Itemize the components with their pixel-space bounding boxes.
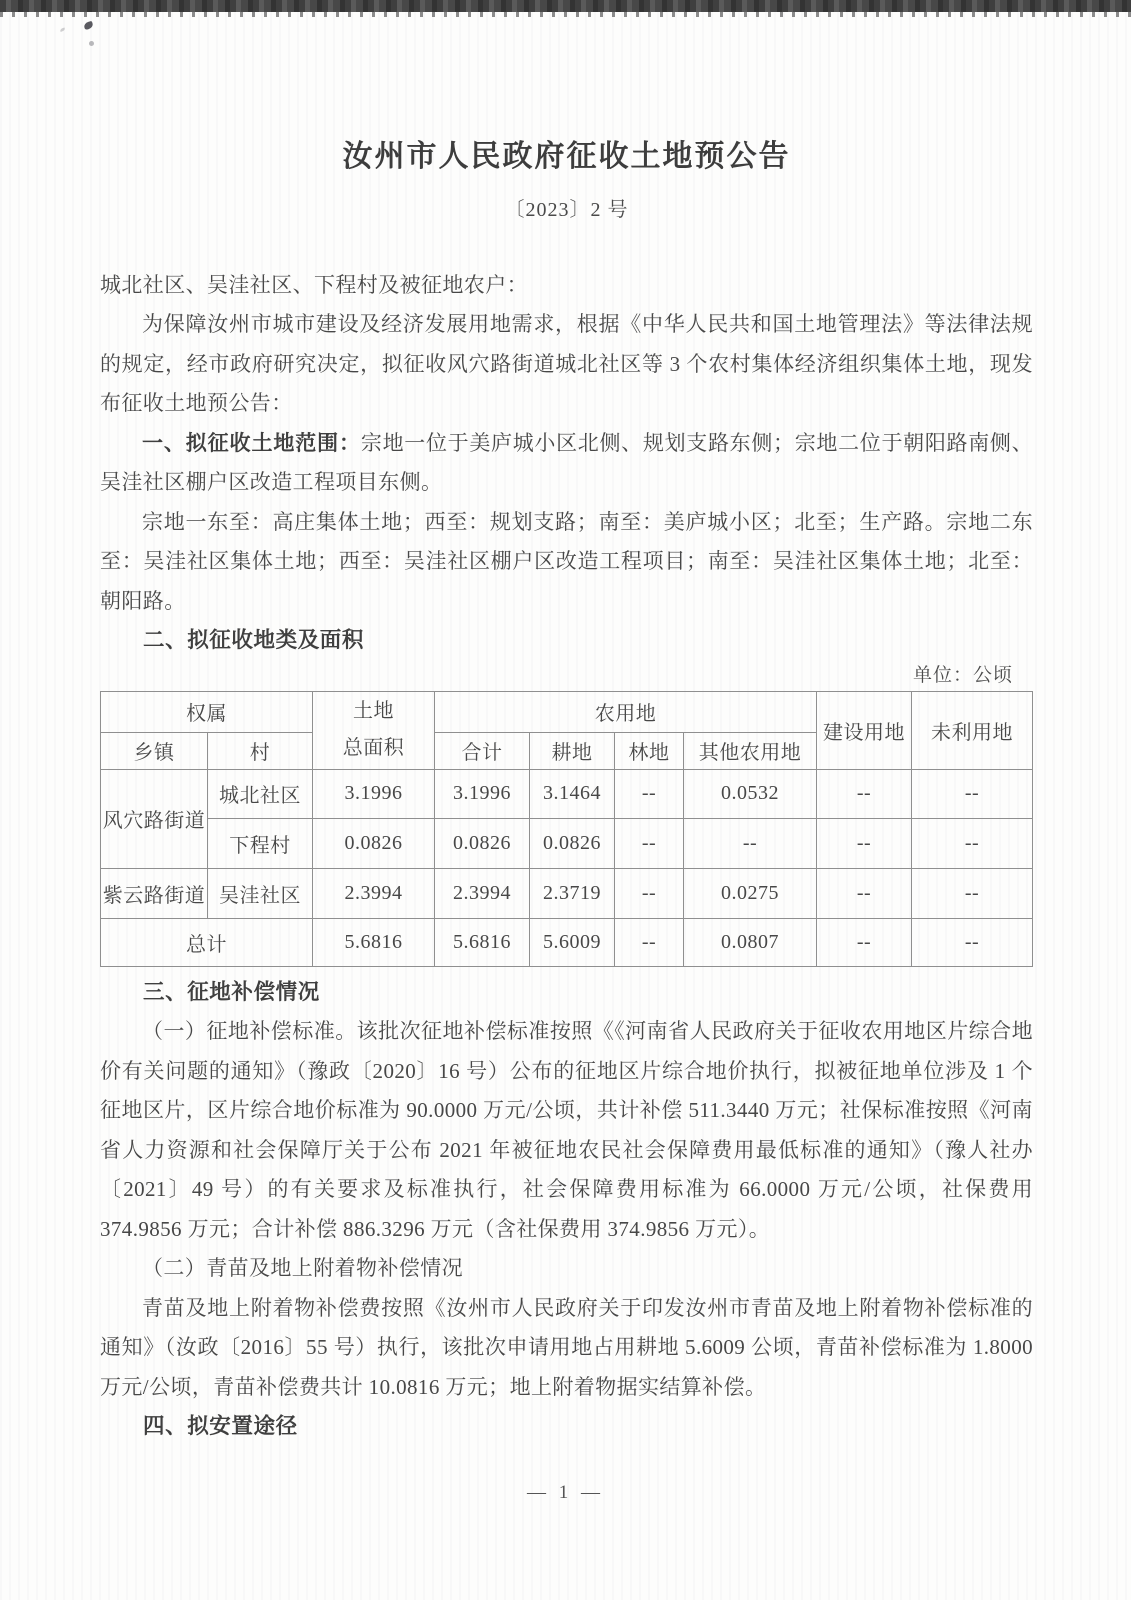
header-village: 村 [208,732,313,769]
section-3-heading: 三、征地补偿情况 [100,973,1033,1013]
cell-cultivated: 5.6009 [530,918,615,966]
cell-forest: -- [615,868,684,918]
header-construction-land: 建设用地 [817,691,912,769]
cell-farm-total: 3.1996 [435,769,530,818]
intro-paragraph: 为保障汝州市城市建设及经济发展用地需求，根据《中华人民共和国土地管理法》等法律法… [100,305,1033,424]
table-row: 风穴路街道 城北社区 3.1996 3.1996 3.1464 -- 0.053… [101,769,1033,818]
section-3-sub2-paragraph: 青苗及地上附着物补偿费按照《汝州市人民政府关于印发汝州市青苗及地上附着物补偿标准… [100,1289,1033,1408]
header-land-line1: 土地 [313,693,434,730]
cell-total: 3.1996 [313,769,435,818]
section-3-sub2-heading: （二）青苗及地上附着物补偿情况 [100,1249,1033,1289]
cell-other-farm: 0.0807 [684,918,817,966]
header-other-farmland: 其他农用地 [684,732,817,769]
header-land-line2: 总面积 [313,730,434,767]
table-unit-label: 单位：公顷 [100,661,1033,691]
cell-total: 5.6816 [313,918,435,966]
cell-farm-total: 0.0826 [435,818,530,868]
ink-speck-small [89,41,94,46]
cell-unused: -- [912,769,1033,818]
cell-farm-total: 5.6816 [435,918,530,966]
cell-total: 2.3994 [313,868,435,918]
page-title: 汝州市人民政府征收土地预公告 [100,139,1033,175]
salutation-line: 城北社区、吴洼社区、下程村及被征地农户： [100,265,1033,305]
table-row: 紫云路街道 吴洼社区 2.3994 2.3994 2.3719 -- 0.027… [101,868,1033,918]
cell-village: 城北社区 [208,769,313,818]
cell-forest: -- [615,769,684,818]
section-2-heading: 二、拟征收地类及面积 [100,621,1033,661]
document-number: 〔2023〕2 号 [100,197,1033,223]
ink-speck [83,21,94,30]
cell-other-farm: 0.0275 [684,868,817,918]
cell-unused: -- [912,918,1033,966]
header-land-total-area: 土地 总面积 [313,691,435,769]
header-township: 乡镇 [101,732,208,769]
section-1-boundaries-paragraph: 宗地一东至：高庄集体土地；西至：规划支路；南至：美庐城小区；北至；生产路。宗地二… [100,503,1033,622]
cell-total-label: 总计 [101,918,313,966]
cell-village: 下程村 [208,818,313,868]
header-ownership: 权属 [101,691,313,732]
section-4-heading: 四、拟安置途径 [100,1407,1033,1447]
cell-other-farm: 0.0532 [684,769,817,818]
cell-cultivated: 2.3719 [530,868,615,918]
document-page: 汝州市人民政府征收土地预公告 〔2023〕2 号 城北社区、吴洼社区、下程村及被… [0,0,1131,1600]
cell-total: 0.0826 [313,818,435,868]
cell-forest: -- [615,918,684,966]
table-header-row-1: 权属 土地 总面积 农用地 建设用地 未利用地 [101,691,1033,732]
page-number: — 1 — [0,1482,1131,1504]
cell-construction: -- [817,818,912,868]
header-forest: 林地 [615,732,684,769]
cell-street-2: 紫云路街道 [101,868,208,918]
table-total-row: 总计 5.6816 5.6816 5.6009 -- 0.0807 -- -- [101,918,1033,966]
cell-other-farm: -- [684,818,817,868]
cell-farm-total: 2.3994 [435,868,530,918]
document-content: 汝州市人民政府征收土地预公告 〔2023〕2 号 城北社区、吴洼社区、下程村及被… [100,0,1033,1447]
land-area-table: 权属 土地 总面积 农用地 建设用地 未利用地 乡镇 村 合计 耕地 林地 其他… [100,691,1033,967]
cell-cultivated: 3.1464 [530,769,615,818]
header-subtotal: 合计 [435,732,530,769]
cell-construction: -- [817,918,912,966]
header-cultivated: 耕地 [530,732,615,769]
cell-unused: -- [912,868,1033,918]
cell-forest: -- [615,818,684,868]
section-1-heading: 一、拟征收土地范围： [142,432,361,455]
cell-unused: -- [912,818,1033,868]
cell-street-1: 风穴路街道 [101,769,208,868]
section-3-sub1-paragraph: （一）征地补偿标准。该批次征地补偿标准按照《《河南省人民政府关于征收农用地区片综… [100,1012,1033,1249]
header-farmland: 农用地 [435,691,817,732]
cell-construction: -- [817,868,912,918]
table-row: 下程村 0.0826 0.0826 0.0826 -- -- -- -- [101,818,1033,868]
cell-village: 吴洼社区 [208,868,313,918]
section-1-paragraph: 一、拟征收土地范围：宗地一位于美庐城小区北侧、规划支路东侧；宗地二位于朝阳路南侧… [100,424,1033,503]
cell-cultivated: 0.0826 [530,818,615,868]
cell-construction: -- [817,769,912,818]
header-unused-land: 未利用地 [912,691,1033,769]
